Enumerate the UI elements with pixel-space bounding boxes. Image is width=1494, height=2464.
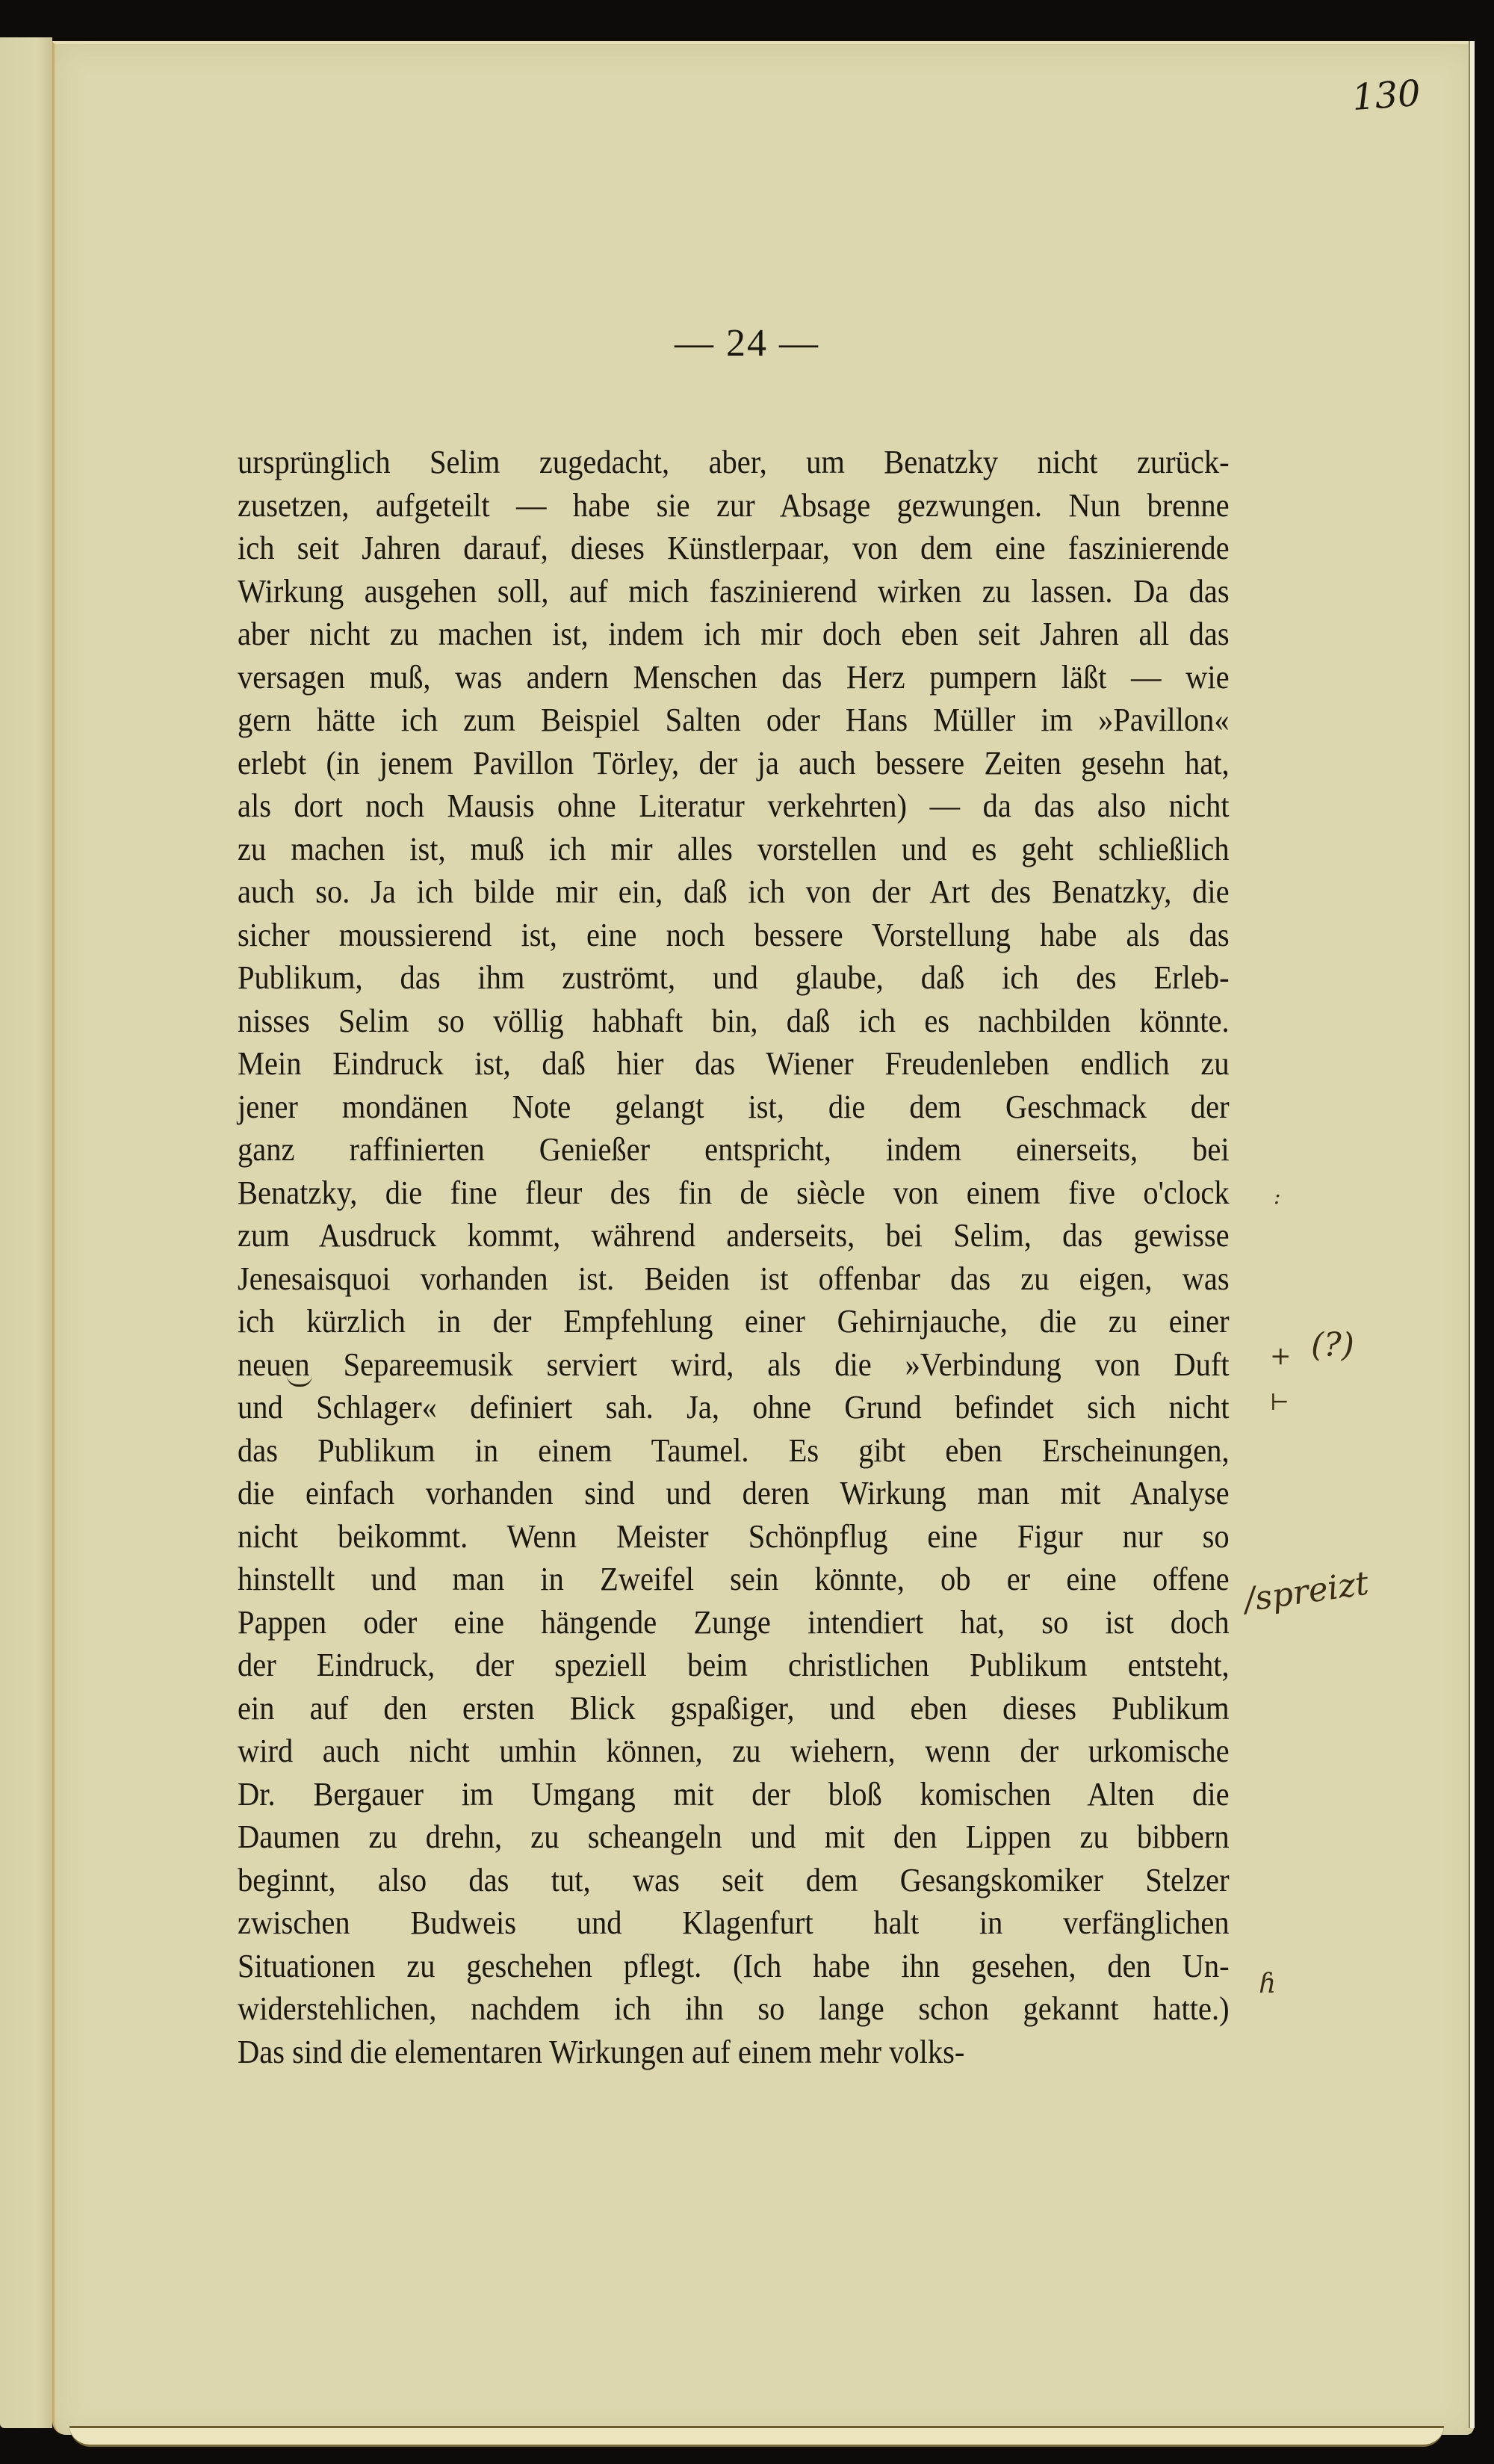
text-line: das Publikum in einem Taumel. Es gibt eb… xyxy=(238,1429,1230,1473)
text-line: Mein Eindruck ist, daß hier das Wiener F… xyxy=(238,1042,1230,1086)
text-line: neuen Separeemusik serviert wird, als di… xyxy=(238,1343,1230,1387)
text-line: beginnt, also das tut, was seit dem Gesa… xyxy=(238,1859,1230,1902)
margin-colon-mark: : xyxy=(1274,1184,1280,1209)
page-right-edge xyxy=(1469,41,1475,2428)
text-line: ich kürzlich in der Empfehlung einer Geh… xyxy=(238,1300,1230,1343)
text-line: gern hätte ich zum Beispiel Salten oder … xyxy=(238,699,1230,742)
text-line: ganz raffinierten Genießer entspricht, i… xyxy=(238,1128,1230,1171)
previous-page-edge xyxy=(0,37,52,2428)
text-line: hinstellt und man in Zweifel sein könnte… xyxy=(238,1558,1230,1601)
page-number-header: — 24 — xyxy=(0,321,1494,365)
text-line: Situationen zu geschehen pflegt. (Ich ha… xyxy=(238,1945,1230,1988)
text-line: nicht beikommt. Wenn Meister Schönpflug … xyxy=(238,1515,1230,1558)
text-line: Publikum, das ihm zuströmt, und glaube, … xyxy=(238,956,1230,1000)
text-line: Pappen oder eine hängende Zunge intendie… xyxy=(238,1601,1230,1644)
text-line: auch so. Ja ich bilde mir ein, daß ich v… xyxy=(238,870,1230,914)
text-line: zu machen ist, muß ich mir alles vorstel… xyxy=(238,828,1230,871)
text-line: zum Ausdruck kommt, während anderseits, … xyxy=(238,1214,1230,1257)
margin-tick-mark: ⊢ xyxy=(1270,1390,1289,1416)
text-line: und Schlager« definiert sah. Ja, ohne Gr… xyxy=(238,1386,1230,1429)
margin-plus-mark: + xyxy=(1270,1341,1292,1371)
text-line: sicher moussierend ist, eine noch besser… xyxy=(238,914,1230,957)
text-line: erlebt (in jenem Pavillon Törley, der ja… xyxy=(238,742,1230,785)
text-line: zwischen Budweis und Klagenfurt halt in … xyxy=(238,1901,1230,1945)
text-line: als dort noch Mausis ohne Literatur verk… xyxy=(238,784,1230,828)
text-line: widerstehlichen, nachdem ich ihn so lang… xyxy=(238,1987,1230,2031)
text-line: ich seit Jahren darauf, dieses Künstlerp… xyxy=(238,527,1230,570)
margin-query-mark: (?) xyxy=(1311,1326,1354,1364)
text-line: ursprünglich Selim zugedacht, aber, um B… xyxy=(238,441,1230,484)
text-line: aber nicht zu machen ist, indem ich mir … xyxy=(238,613,1230,656)
text-line: Benatzky, die fine fleur des fin de sièc… xyxy=(238,1171,1230,1215)
text-line: nisses Selim so völlig habhaft bin, daß … xyxy=(238,1000,1230,1043)
archive-folio-number: 130 xyxy=(1351,72,1422,119)
text-line: versagen muß, was andern Menschen das He… xyxy=(238,656,1230,699)
text-line: Daumen zu drehn, zu scheangeln und mit d… xyxy=(238,1816,1230,1859)
margin-h-mark: ɦ xyxy=(1259,1969,1276,1999)
text-line: die einfach vorhanden sind und deren Wir… xyxy=(238,1472,1230,1515)
text-line: Jenesaisquoi vorhanden ist. Beiden ist o… xyxy=(238,1257,1230,1301)
text-line: ein auf den ersten Blick gspaßiger, und … xyxy=(238,1687,1230,1730)
text-line: zusetzen, aufgeteilt — habe sie zur Absa… xyxy=(238,484,1230,527)
text-line: Dr. Bergauer im Umgang mit der bloß komi… xyxy=(238,1773,1230,1816)
text-line: Wirkung ausgehen soll, auf mich faszinie… xyxy=(238,570,1230,613)
text-line: jener mondänen Note gelangt ist, die dem… xyxy=(238,1086,1230,1129)
text-line: der Eindruck, der speziell beim christli… xyxy=(238,1644,1230,1687)
body-text: ursprünglich Selim zugedacht, aber, um B… xyxy=(238,441,1231,2073)
text-line: Das sind die elementaren Wirkungen auf e… xyxy=(238,2031,1230,2074)
text-line: wird auch nicht umhin können, zu wiehern… xyxy=(238,1730,1230,1773)
